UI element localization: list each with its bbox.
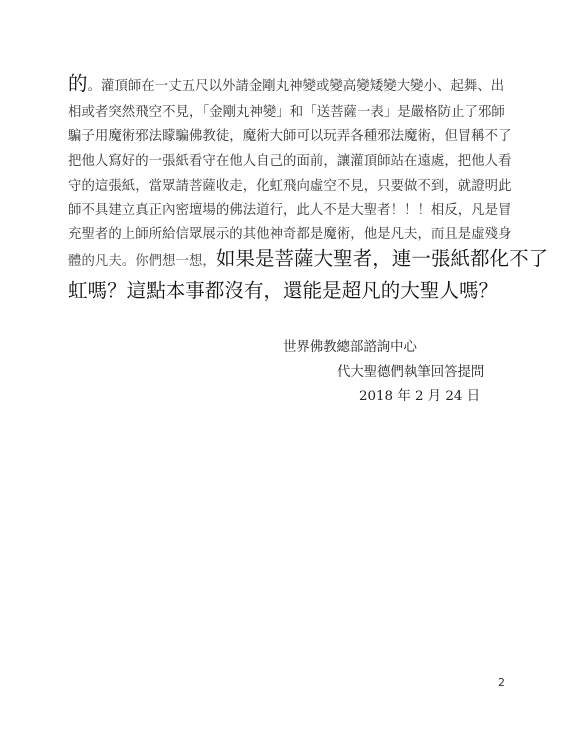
signature-organization: 世界佛教總部諮詢中心	[283, 336, 417, 355]
paragraph-line-8: 體的凡夫。你們想一想，如果是菩薩大聖者，連一張紙都化不了	[68, 243, 548, 271]
lead-character: 的	[68, 72, 88, 95]
page-number: 2	[498, 676, 505, 689]
paragraph-line-7: 充聖者的上師所給信眾展示的其他神奇都是魔術，他是凡夫，而且是虛殘身	[68, 223, 512, 242]
paragraph-line-4: 把他人寫好的一張紙看守在他人自己的面前，讓灌頂師站在遠處，把他人看	[68, 150, 512, 169]
paragraph-line-9: 虹嗎？這點本事都沒有，還能是超凡的大聖人嗎？	[68, 275, 498, 303]
paragraph-line-2: 相或者突然飛空不見，「金剛丸神變」和「送菩薩一表」是嚴格防止了邪師	[68, 101, 505, 120]
document-page: 的。灌頂師在一丈五尺以外請金剛丸神變或變高變矮變大變小、起舞、出 相或者突然飛空…	[0, 0, 570, 738]
paragraph-line-1: 的。灌頂師在一丈五尺以外請金剛丸神變或變高變矮變大變小、起舞、出	[68, 68, 504, 96]
emphasis-text: 虹嗎？這點本事都沒有，還能是超凡的大聖人嗎？	[68, 279, 498, 302]
signature-author: 代大聖德們執筆回答提問	[337, 361, 484, 380]
line-text-small: 體的凡夫。你們想一想，	[68, 254, 216, 269]
emphasis-text: 如果是菩薩大聖者，連一張紙都化不了	[216, 247, 548, 270]
paragraph-line-6: 師不具建立真正內密壇場的佛法道行，此人不是大聖者！！！相反，凡是冒	[68, 199, 512, 218]
line-text: 。灌頂師在一丈五尺以外請金剛丸神變或變高變矮變大變小、起舞、出	[88, 79, 505, 94]
paragraph-line-5: 守的這張紙，當眾請菩薩收走，化虹飛向虛空不見，只要做不到，就證明此	[68, 175, 512, 194]
signature-date: 2018 年 2 月 24 日	[359, 385, 480, 404]
paragraph-line-3: 騙子用魔術邪法矇騙佛教徒，魔術大師可以玩弄各種邪法魔術，但冒稱不了	[68, 125, 512, 144]
